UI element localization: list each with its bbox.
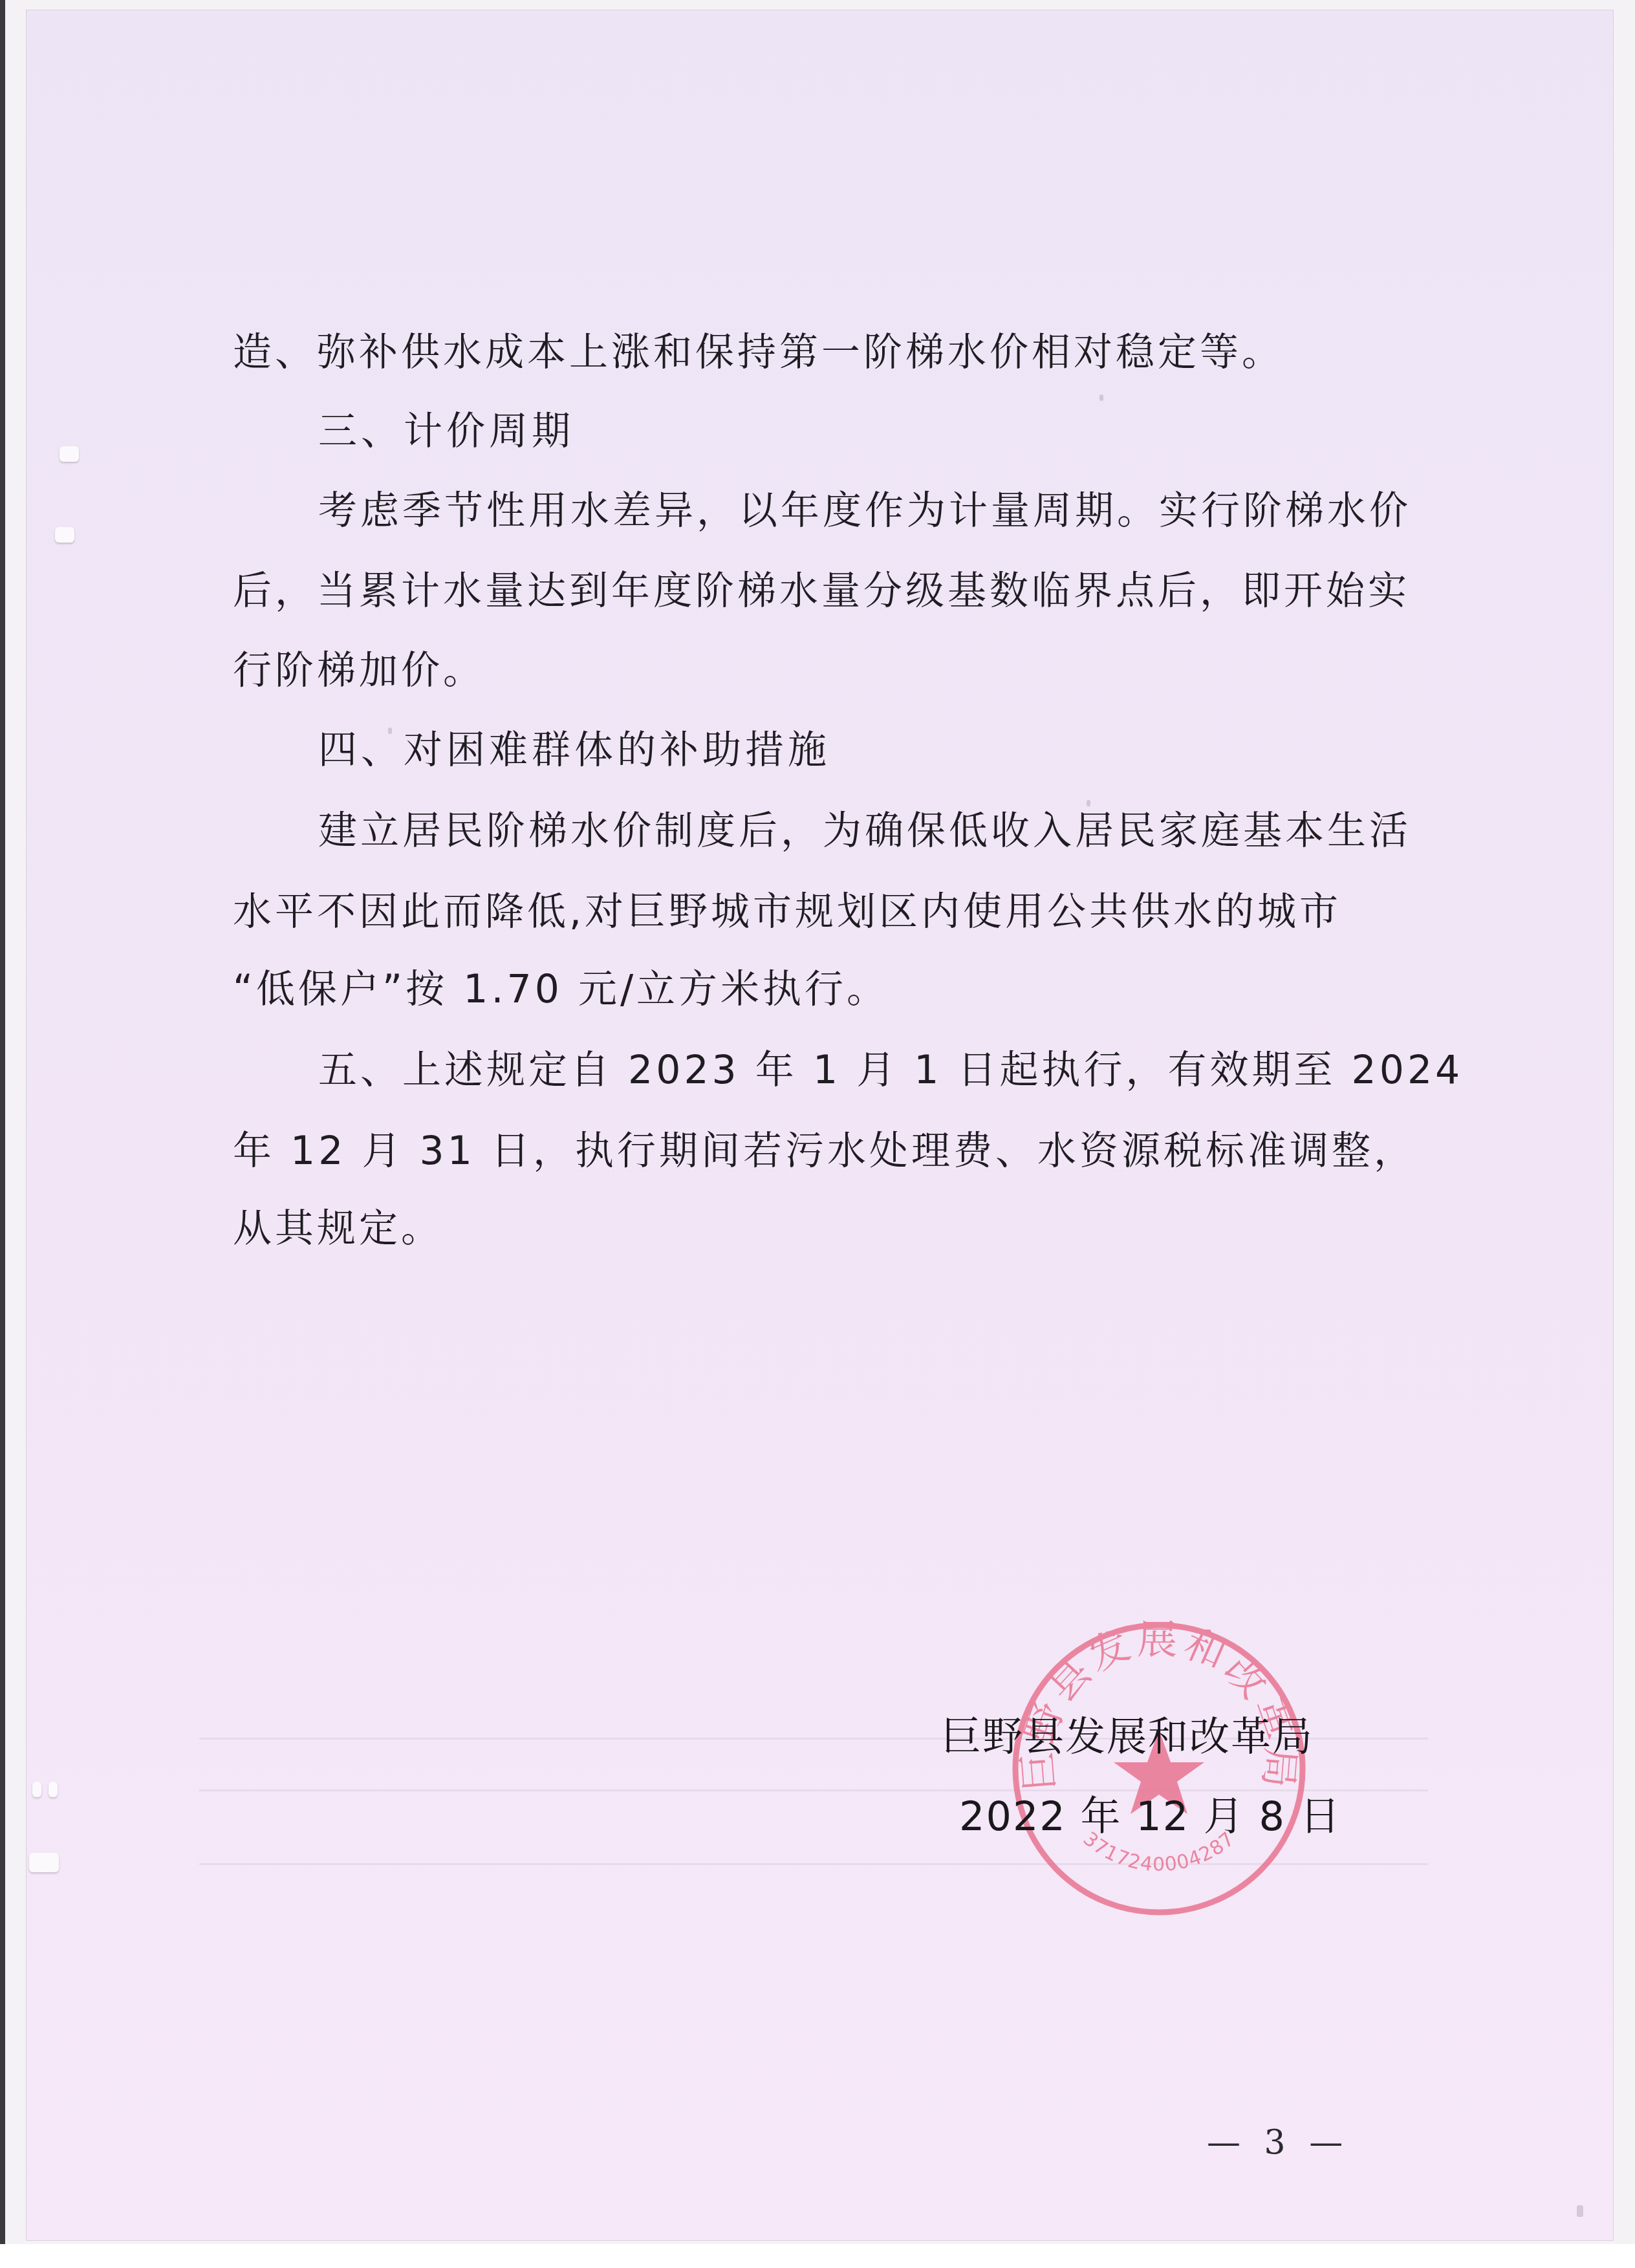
paragraph-continuation-line: 造、弥补供水成本上涨和保持第一阶梯水价相对稳定等。 [233,330,1284,375]
paragraph-billing-cycle-line-3: 行阶梯加价。 [233,648,485,693]
issue-date: 2022 年 12 月 8 日 [959,1793,1341,1840]
issuer-signature: 巨野县发展和改革局 [941,1714,1314,1760]
scanner-edge [0,0,5,2244]
official-seal-stamp: 巨野县发展和改革局 3717240004287 [1009,1619,1309,1919]
paragraph-subsidy-line-3: “低保户”按 1.70 元/立方米执行。 [233,967,889,1012]
section-heading-billing-cycle: 三、计价周期 [318,409,574,454]
paper-speck [1577,2205,1583,2217]
paragraph-billing-cycle-line-1: 考虑季节性用水差异，以年度作为计量周期。实行阶梯水价 [318,488,1411,534]
paragraph-effective-date-line-2: 年 12 月 31 日，执行期间若污水处理费、水资源税标准调整， [233,1129,1416,1174]
section-heading-subsidy: 四、对困难群体的补助措施 [318,728,830,773]
paragraph-billing-cycle-line-2: 后，当累计水量达到年度阶梯水量分级基数临界点后，即开始实 [233,568,1410,614]
paragraph-effective-date-line-3: 从其规定。 [233,1206,443,1251]
binding-hole [32,1782,41,1797]
paper-speck [1099,394,1103,401]
page-number: — 3 — [1207,2123,1349,2162]
document-page: 造、弥补供水成本上涨和保持第一阶梯水价相对稳定等。 三、计价周期 考虑季节性用水… [26,10,1614,2241]
binding-hole [55,527,74,543]
paragraph-subsidy-line-1: 建立居民阶梯水价制度后，为确保低收入居民家庭基本生活 [318,808,1411,854]
binding-hole [60,446,79,462]
paragraph-subsidy-line-2: 水平不因此而降低,对巨野城市规划区内使用公共供水的城市 [233,889,1341,934]
binding-hole [29,1853,59,1872]
paragraph-effective-date-line-1: 五、上述规定自 2023 年 1 月 1 日起执行，有效期至 2024 [318,1048,1463,1093]
binding-hole [49,1782,58,1797]
paper-speck [1087,800,1090,806]
